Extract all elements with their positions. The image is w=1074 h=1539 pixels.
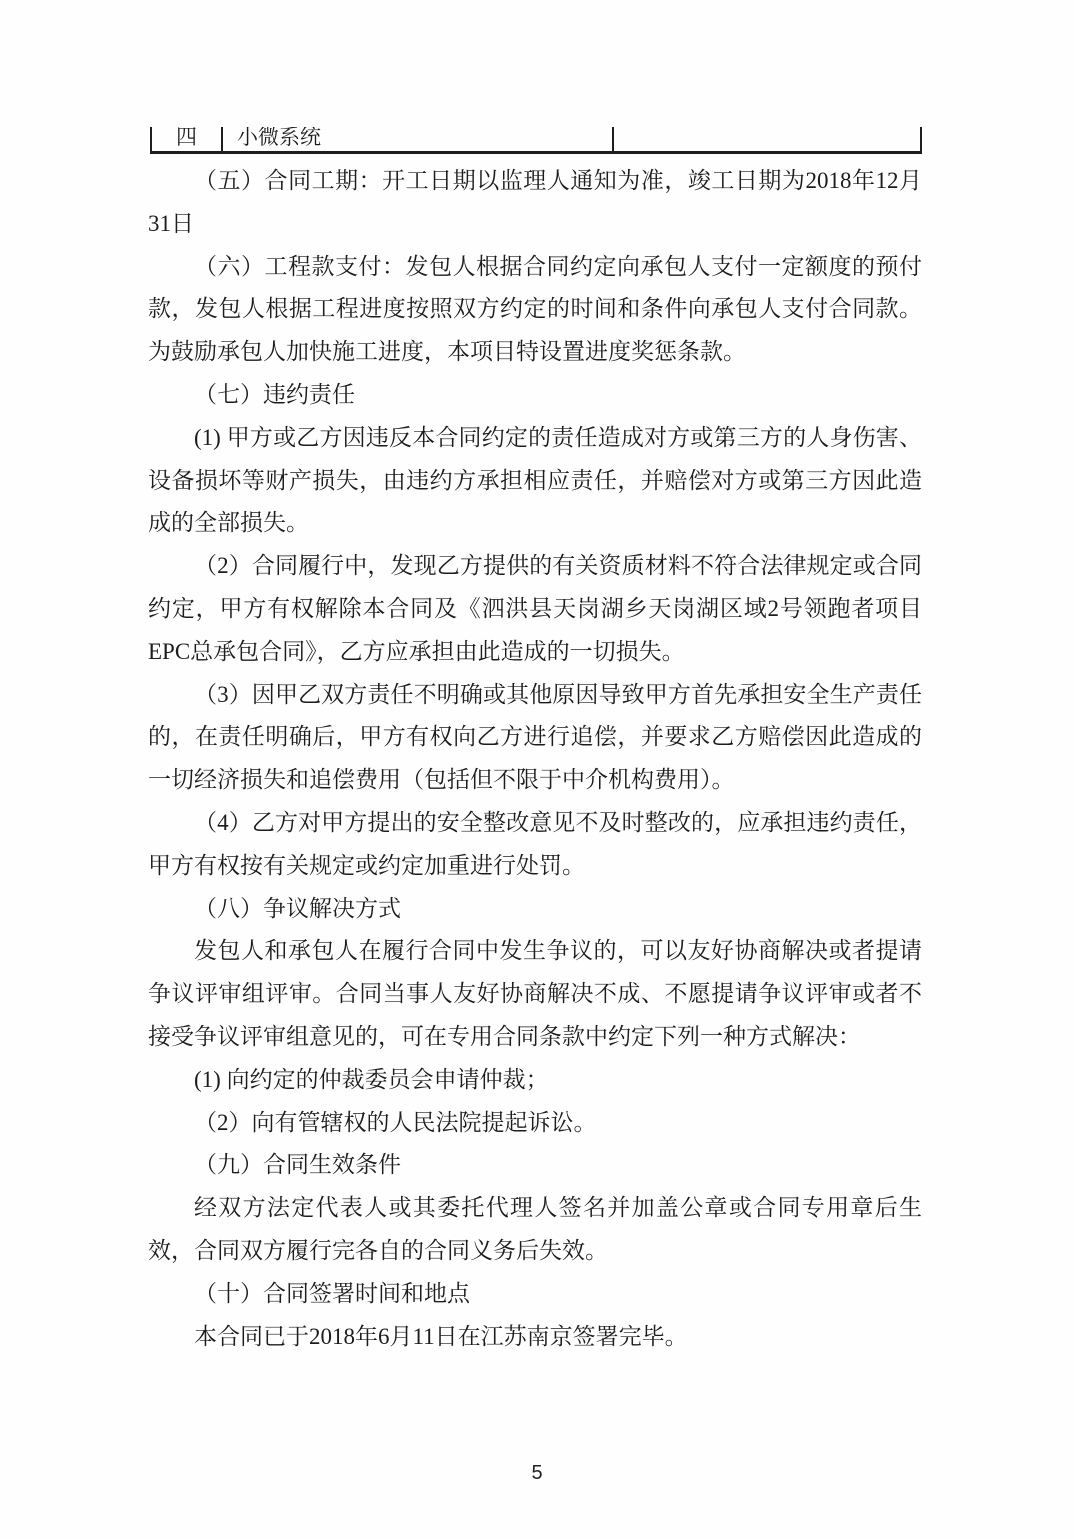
clause-paragraph: 经双方法定代表人或其委托代理人签名并加盖公章或合同专用章后生效，合同双方履行完各… [148, 1187, 922, 1273]
clause-paragraph: 本合同已于2018年6月11日在江苏南京签署完毕。 [148, 1316, 922, 1359]
table-cell-index: 四 [152, 127, 223, 151]
page-number: 5 [0, 1462, 1074, 1485]
clause-paragraph: （五）合同工期：开工日期以监理人通知为准，竣工日期为2018年12月31日 [148, 160, 922, 246]
table-fragment: 四 小微系统 [150, 127, 922, 154]
clause-paragraph: （3）因甲乙双方责任不明确或其他原因导致甲方首先承担安全生产责任的，在责任明确后… [148, 674, 922, 802]
table-cell-remark [614, 127, 920, 151]
contract-body: （五）合同工期：开工日期以监理人通知为准，竣工日期为2018年12月31日 （六… [148, 160, 922, 1358]
clause-list-item: （2）向有管辖权的人民法院提起诉讼。 [148, 1102, 922, 1145]
clause-list-item: (1) 向约定的仲裁委员会申请仲裁； [148, 1059, 922, 1102]
clause-heading: （九）合同生效条件 [148, 1144, 922, 1187]
document-page: 四 小微系统 （五）合同工期：开工日期以监理人通知为准，竣工日期为2018年12… [0, 0, 1074, 1539]
clause-heading: （八）争议解决方式 [148, 888, 922, 931]
clause-paragraph: （六）工程款支付：发包人根据合同约定向承包人支付一定额度的预付款，发包人根据工程… [148, 246, 922, 374]
clause-paragraph: （2）合同履行中，发现乙方提供的有关资质材料不符合法律规定或合同约定，甲方有权解… [148, 545, 922, 673]
clause-heading: （十）合同签署时间和地点 [148, 1273, 922, 1316]
clause-paragraph: (1) 甲方或乙方因违反本合同约定的责任造成对方或第三方的人身伤害、设备损坏等财… [148, 417, 922, 545]
clause-paragraph: （4）乙方对甲方提出的安全整改意见不及时整改的，应承担违约责任，甲方有权按有关规… [148, 802, 922, 888]
clause-heading: （七）违约责任 [148, 374, 922, 417]
table-cell-name: 小微系统 [223, 127, 614, 151]
clause-paragraph: 发包人和承包人在履行合同中发生争议的，可以友好协商解决或者提请争议评审组评审。合… [148, 930, 922, 1058]
